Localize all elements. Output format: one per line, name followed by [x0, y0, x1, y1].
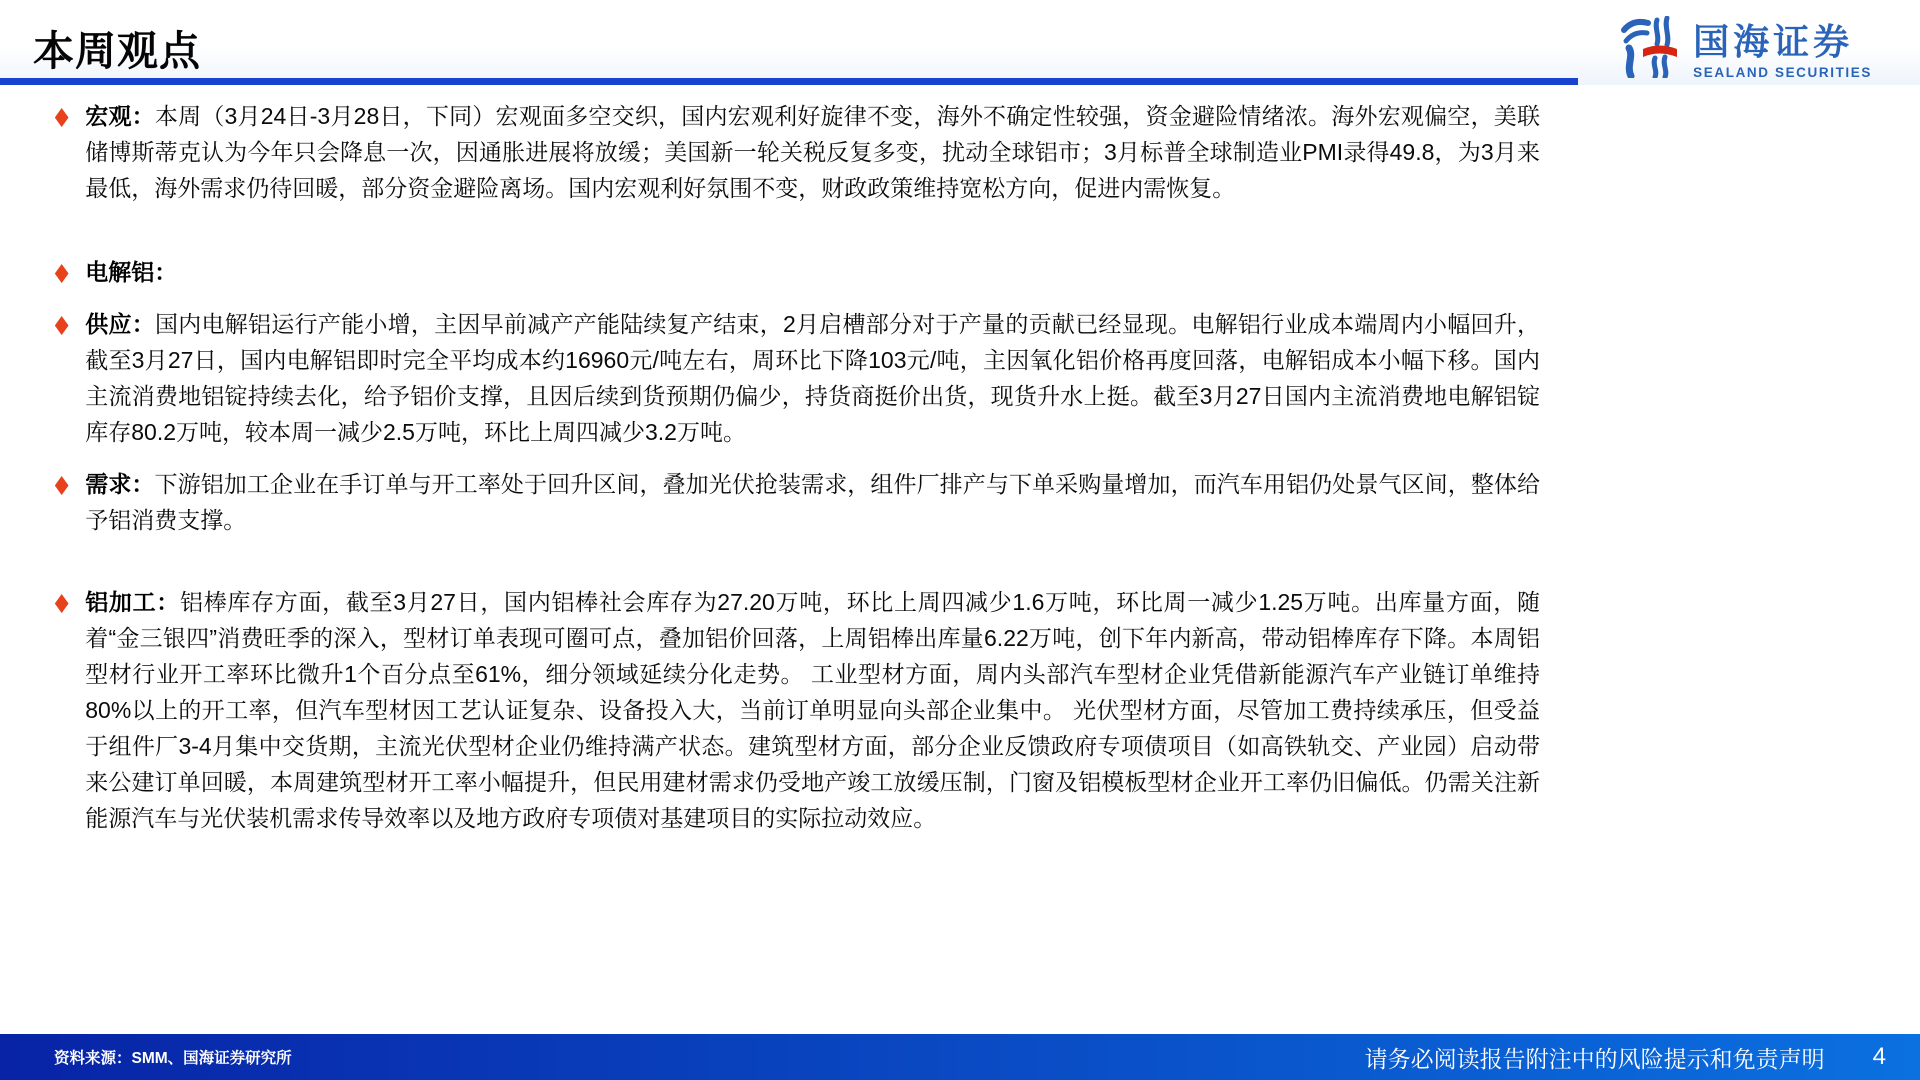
disclaimer-text: 请务必阅读报告附注中的风险提示和免责声明: [1365, 1041, 1825, 1074]
diamond-bullet-icon: ◆: [55, 98, 69, 134]
bullet-label: 铝加工：: [85, 589, 180, 615]
footer-bar: 资料来源：SMM、国海证券研究所 请务必阅读报告附注中的风险提示和免责声明 4: [0, 1034, 1920, 1080]
bullet-body: 国内电解铝运行产能小增，主因早前减产产能陆续复产结束，2月启槽部分对于产量的贡献…: [85, 311, 1540, 445]
bullet-label: 需求：: [85, 471, 154, 497]
diamond-bullet-icon: ◆: [55, 584, 69, 620]
title-underline: [0, 78, 1578, 85]
source-note: 资料来源：SMM、国海证券研究所: [54, 1046, 292, 1068]
bullet-label: 电解铝：: [85, 259, 177, 285]
logo-text: 国海证券 SEALAND SECURITIES: [1693, 16, 1872, 80]
company-logo: 国海证券 SEALAND SECURITIES: [1621, 16, 1872, 80]
bullet-item: ◆ 供应：国内电解铝运行产能小增，主因早前减产产能陆续复产结束，2月启槽部分对于…: [52, 306, 1540, 450]
bullet-paragraph: 供应：国内电解铝运行产能小增，主因早前减产产能陆续复产结束，2月启槽部分对于产量…: [85, 306, 1540, 450]
sealand-logo-icon: [1621, 16, 1681, 78]
bullet-body: 铝棒库存方面，截至3月27日，国内铝棒社会库存为27.20万吨，环比上周四减少1…: [85, 589, 1540, 831]
diamond-bullet-icon: ◆: [55, 254, 69, 290]
bullet-item: ◆ 电解铝：: [52, 254, 1540, 290]
bullet-body: 本周（3月24日-3月28日，下同）宏观面多空交织，国内宏观利好旋律不变，海外不…: [85, 103, 1540, 201]
bullet-paragraph: 宏观：本周（3月24日-3月28日，下同）宏观面多空交织，国内宏观利好旋律不变，…: [85, 98, 1540, 206]
bullet-paragraph: 电解铝：: [85, 254, 1540, 290]
diamond-bullet-icon: ◆: [55, 306, 69, 342]
bullet-label: 宏观：: [85, 103, 155, 129]
bullet-item: ◆ 铝加工：铝棒库存方面，截至3月27日，国内铝棒社会库存为27.20万吨，环比…: [52, 584, 1540, 836]
page-number: 4: [1873, 1043, 1886, 1071]
logo-name-cn: 国海证券: [1693, 24, 1872, 60]
footer-right: 请务必阅读报告附注中的风险提示和免责声明 4: [1365, 1041, 1886, 1074]
diamond-bullet-icon: ◆: [55, 466, 69, 502]
slide-header: 本周观点 国海证券 SEALAND SECURITIES: [0, 0, 1920, 85]
bullet-paragraph: 铝加工：铝棒库存方面，截至3月27日，国内铝棒社会库存为27.20万吨，环比上周…: [85, 584, 1540, 836]
bullet-label: 供应：: [85, 311, 155, 337]
bullet-body: 下游铝加工企业在手订单与开工率处于回升区间，叠加光伏抢装需求，组件厂排产与下单采…: [85, 471, 1540, 533]
bullet-item: ◆ 需求：下游铝加工企业在手订单与开工率处于回升区间，叠加光伏抢装需求，组件厂排…: [52, 466, 1540, 538]
bullet-item: ◆ 宏观：本周（3月24日-3月28日，下同）宏观面多空交织，国内宏观利好旋律不…: [52, 98, 1540, 206]
bullet-paragraph: 需求：下游铝加工企业在手订单与开工率处于回升区间，叠加光伏抢装需求，组件厂排产与…: [85, 466, 1540, 538]
logo-name-en: SEALAND SECURITIES: [1693, 66, 1872, 80]
bullet-list: ◆ 宏观：本周（3月24日-3月28日，下同）宏观面多空交织，国内宏观利好旋律不…: [0, 85, 1920, 836]
